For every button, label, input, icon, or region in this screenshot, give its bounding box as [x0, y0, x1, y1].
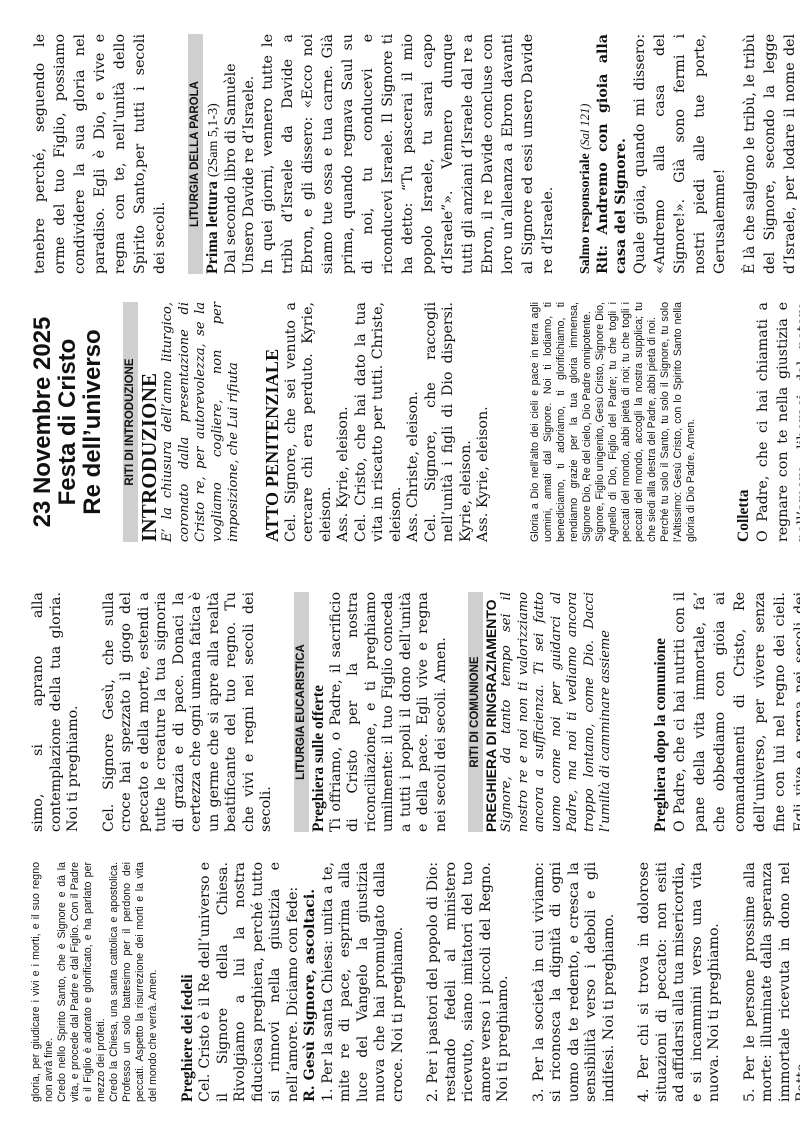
intention-4: 4. Per chi si trova in dolorose situazio… [636, 862, 724, 1102]
prayers-heading: Preghiere dei fedeli [178, 862, 197, 1102]
section-band-word: LITURGIA DELLA PAROLA [188, 34, 203, 274]
reading-title: Prima lettura [204, 181, 221, 274]
credo-tail: gloria, per giudicare i vivi e i morti, … [30, 862, 56, 1102]
penitential-line-1: Cel. Signore, che sei venuto a cercare c… [283, 302, 336, 542]
intro-heading: INTRODUZIONE [138, 302, 160, 542]
penitential-line-3: Cel. Cristo, che hai dato la tua vita in… [353, 302, 406, 542]
collect-heading: Colletta [734, 302, 753, 542]
penitential-line-5: Cel. Signore, che raccogli nell’unità i … [423, 302, 476, 542]
column-1: gloria, per giudicare i vivi e i morti, … [30, 862, 800, 1102]
collect-tail: tenebre perché, seguendo le orme del tuo… [30, 34, 170, 274]
postcommunion-text: O Padre, che ci hai nutriti con il pane … [670, 592, 800, 832]
rotated-liturgy-leaflet: gloria, per giudicare i vivi e i morti, … [0, 0, 800, 1132]
psalm-refrain: Rit: Andremo con gioia alla casa del Sig… [595, 34, 630, 274]
intention-5: 5. Per le persone prossime alla morte: i… [742, 862, 800, 1102]
intention-3: 3. Per la società in cui viviamo: si ric… [531, 862, 619, 1102]
intention-1: 1. Per la santa Chiesa: unita a te, mite… [320, 862, 408, 1102]
collect-text: O Padre, che ci hai chiamati a regnare c… [753, 302, 800, 542]
prayers-response: R. Gesù Signore, ascoltaci. [302, 862, 320, 1102]
reading-source: Dal secondo libro di Samuèle [223, 34, 241, 274]
title-date: 23 Novembre 2025 [30, 302, 55, 542]
reading-subtitle: Unsero Davide re d’Israele. [241, 34, 259, 274]
psalm-reference: (Sal 121) [578, 104, 592, 150]
section-band-eucharist: LITURGIA EUCARISTICA [294, 592, 309, 832]
psalm-heading: Salmo responsoriale (Sal 121) [576, 34, 595, 274]
reading-heading: Prima lettura (2Sam 5,1-3) [203, 34, 223, 274]
section-band-intro: RITI DI INTRODUZIONE [123, 302, 138, 542]
gloria-part-3: Perché tu solo il Santo, tu solo il Sign… [659, 302, 698, 542]
reading-reference: (2Sam 5,1-3) [206, 103, 221, 177]
column-4: tenebre perché, seguendo le orme del tuo… [30, 34, 800, 274]
penitential-heading: ATTO PENITENZIALE [261, 302, 283, 542]
offerings-text: Ti offriamo, o Padre, il sacrificio di C… [328, 592, 451, 832]
title-line-1: Festa di Cristo [55, 302, 80, 542]
section-band-communion: RITI DI COMUNIONE [468, 592, 483, 832]
psalm-title: Salmo responsoriale [578, 153, 593, 274]
psalm-stanza-2: È là che salgono le tribù, le tribù del … [740, 34, 800, 274]
intro-text: E’ la chiusura dell’anno liturgico, coro… [160, 302, 243, 542]
penitential-line-2: Ass. Kyrie, eleison. [335, 302, 353, 542]
penitential-line-4: Ass. Christe, eleison. [405, 302, 423, 542]
penitential-line-6: Ass. Kyrie, eleison. [475, 302, 493, 542]
credo-church: Credo la Chiesa, una santa cattolica e a… [108, 862, 160, 1102]
reading-text: In quei giorni, vennero tutte le tribù d… [258, 34, 558, 274]
thanks-heading: PREGHIERA DI RINGRAZIAMENTO [483, 592, 499, 832]
offerings-heading: Preghiera sulle offerte [309, 592, 328, 832]
intention-2: 2. Per i pastori del popolo di Dio: rest… [425, 862, 513, 1102]
thanks-text: Signore, da tanto tempo sei il nostro re… [499, 592, 615, 832]
column-3: 23 Novembre 2025 Festa di Cristo Re dell… [30, 302, 800, 542]
prayers-intro: Cel. Cristo è il Re dell’universo e il S… [197, 862, 302, 1102]
postcommunion-heading: Preghiera dopo la comunione [651, 592, 670, 832]
credo-spirit: Credo nello Spirito Santo, che è Signore… [56, 862, 108, 1102]
intention-5-tail: simo, si aprano alla contemplazione dell… [30, 592, 83, 832]
title-line-2: Re dell’universo [80, 302, 105, 542]
gloria-part-2: Signore, Figlio unigenito, Gesù Cristo, … [594, 302, 659, 542]
closing-prayer: Cel. Signore Gesù, che sulla croce hai s… [101, 592, 276, 832]
column-2: simo, si aprano alla contemplazione dell… [30, 592, 800, 832]
gloria-part-1: Gloria a Dio nell’alto dei cieli e pace … [529, 302, 594, 542]
psalm-stanza-1: Quale gioia, quando mi dissero: «Andremo… [630, 34, 730, 274]
